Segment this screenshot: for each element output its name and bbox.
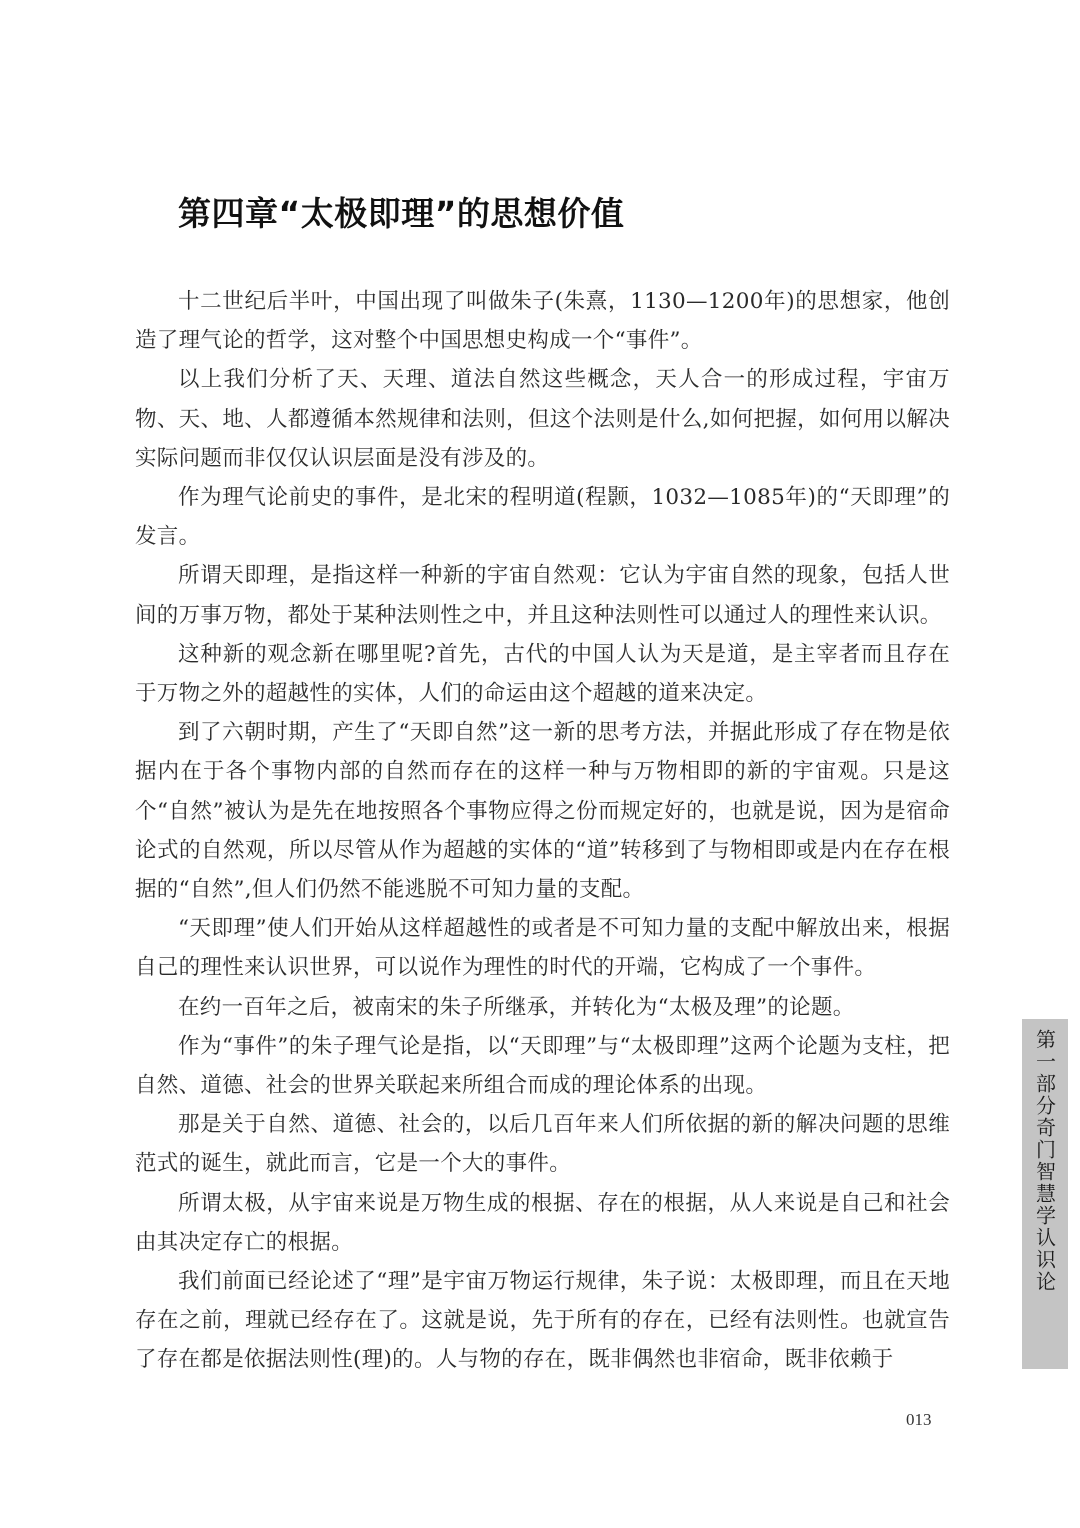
- paragraph: 所谓天即理，是指这样一种新的宇宙自然观：它认为宇宙自然的现象，包括人世间的万事万…: [135, 556, 950, 634]
- page-number: 013: [906, 1410, 932, 1430]
- paragraph: 所谓太极，从宇宙来说是万物生成的根据、存在的根据，从人来说是自己和社会由其决定存…: [135, 1184, 950, 1262]
- section-side-tab: 第一部分奇门智慧学认识论: [1022, 1019, 1068, 1369]
- paragraph: 以上我们分析了天、天理、道法自然这些概念，天人合一的形成过程，宇宙万物、天、地、…: [135, 360, 950, 478]
- paragraph: 十二世纪后半叶，中国出现了叫做朱子(朱熹，1130—1200年)的思想家，他创造…: [135, 282, 950, 360]
- body-text: 十二世纪后半叶，中国出现了叫做朱子(朱熹，1130—1200年)的思想家，他创造…: [135, 282, 950, 1380]
- paragraph: 这种新的观念新在哪里呢?首先，古代的中国人认为天是道，是主宰者而且存在于万物之外…: [135, 635, 950, 713]
- paragraph: 作为理气论前史的事件，是北宋的程明道(程颢，1032—1085年)的“天即理”的…: [135, 478, 950, 556]
- paragraph: “天即理”使人们开始从这样超越性的或者是不可知力量的支配中解放出来，根据自己的理…: [135, 909, 950, 987]
- section-side-tab-label: 第一部分奇门智慧学认识论: [1031, 1019, 1060, 1369]
- paragraph: 到了六朝时期，产生了“天即自然”这一新的思考方法，并据此形成了存在物是依据内在于…: [135, 713, 950, 909]
- paragraph: 我们前面已经论述了“理”是宇宙万物运行规律，朱子说：太极即理，而且在天地存在之前…: [135, 1262, 950, 1380]
- paragraph: 作为“事件”的朱子理气论是指，以“天即理”与“太极即理”这两个论题为支柱，把自然…: [135, 1027, 950, 1105]
- chapter-title: 第四章“太极即理”的思想价值: [178, 188, 624, 235]
- paragraph: 那是关于自然、道德、社会的，以后几百年来人们所依据的新的解决问题的思维范式的诞生…: [135, 1105, 950, 1183]
- paragraph: 在约一百年之后，被南宋的朱子所继承，并转化为“太极及理”的论题。: [135, 988, 950, 1027]
